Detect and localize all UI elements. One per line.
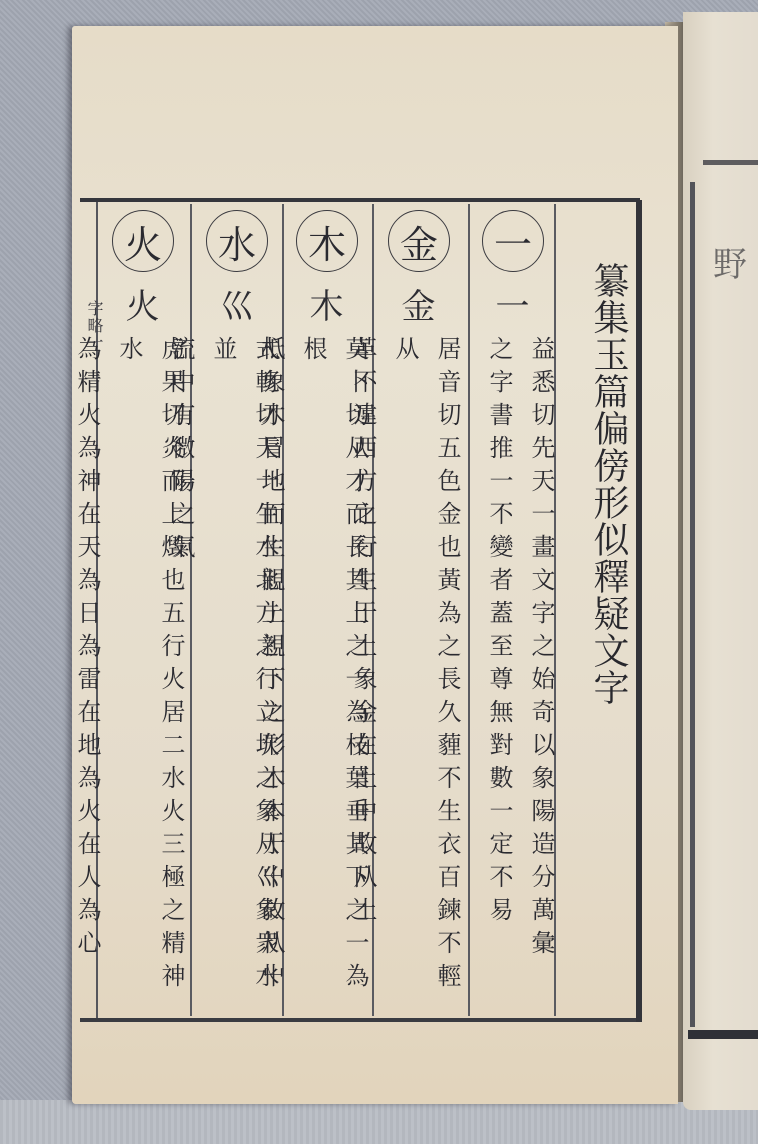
seal-script-form: 一 — [490, 288, 534, 322]
entry-text: 益悉切先天一畫文字之始奇以象陽造分萬彙 之字書推一不變者蓋至尊無對數一定不易 — [478, 336, 562, 1016]
seal-script-form: 巛 — [214, 288, 258, 322]
seal-script-form: 火 — [120, 288, 164, 322]
adjacent-page-bottom-rule — [688, 1030, 758, 1039]
backdrop-cloth — [0, 1100, 758, 1144]
adjacent-page-fragment: 野 — [713, 237, 747, 286]
column-divider — [468, 204, 470, 1016]
entry-text-line: 為精火為神在天為日為雷在地為火在人為心 — [66, 336, 108, 1016]
entry-text-line: 居音切五色金也黃為之長久薶不生衣百鍊不輕从 — [384, 336, 468, 1016]
head-character-circle: 一 — [482, 210, 544, 272]
head-character-circle: 木 — [296, 210, 358, 272]
entry-text-line: 益悉切先天一畫文字之始奇以象陽造分萬彙 — [520, 336, 562, 1016]
page-title: 纂集玉篇偏傍形似釋疑文字 — [588, 262, 628, 706]
frame-top-rule — [80, 198, 640, 202]
frame-right-rule — [636, 200, 642, 1022]
entry-text: 虎果切炎而上燬也五行火居二水火三極之精神水 為精火為神在天為日為雷在地為火在人為… — [66, 336, 192, 1016]
entry-text-line: 虎果切炎而上燬也五行火居二水火三極之精神水 — [108, 336, 192, 1016]
head-character-circle: 水 — [206, 210, 268, 272]
seal-script-form: 金 — [396, 288, 440, 322]
entry-text-line: 莫卜切从才而長其上之一為枝葉垂其下之一為根 — [292, 336, 376, 1016]
entry-fire: 火 火 虎果切炎而上燬也五行火居二水火三極之精神水 為精火為神在天為日為雷在地為… — [102, 206, 192, 1016]
adjacent-page-border — [690, 182, 695, 1027]
entry-text-line: 式軌切天一生水北方之行立坎之象从巛象衆水並 — [202, 336, 286, 1016]
adjacent-page: 野 — [683, 12, 758, 1110]
head-character: 金 — [400, 214, 438, 269]
head-character-circle: 金 — [388, 210, 450, 272]
head-character: 一 — [494, 214, 532, 269]
head-character: 木 — [308, 214, 346, 269]
entry-metal: 金 金 居音切五色金也黃為之長久薶不生衣百鍊不輕从 革不違西方之行生于土象金在土… — [378, 206, 468, 1016]
entry-text-line: 之字書推一不變者蓋至尊無對數一定不易 — [478, 336, 520, 1016]
seal-script-form: 木 — [304, 288, 348, 322]
adjacent-page-top-rule — [703, 160, 758, 165]
head-character: 水 — [218, 214, 256, 269]
head-character-circle: 火 — [112, 210, 174, 272]
frame-bottom-rule — [80, 1018, 640, 1022]
entry-water: 水 巛 式軌切天一生水北方之行立坎之象从巛象衆水並 流中有微陽之氣 — [196, 206, 286, 1016]
entry-one: 一 一 益悉切先天一畫文字之始奇以象陽造分萬彙 之字書推一不變者蓋至尊無對數一定… — [472, 206, 562, 1016]
head-character: 火 — [124, 214, 162, 269]
entry-wood: 木 木 莫卜切从才而長其上之一為枝葉垂其下之一為根 柢象木冒地而生親上親下之形木… — [286, 206, 376, 1016]
